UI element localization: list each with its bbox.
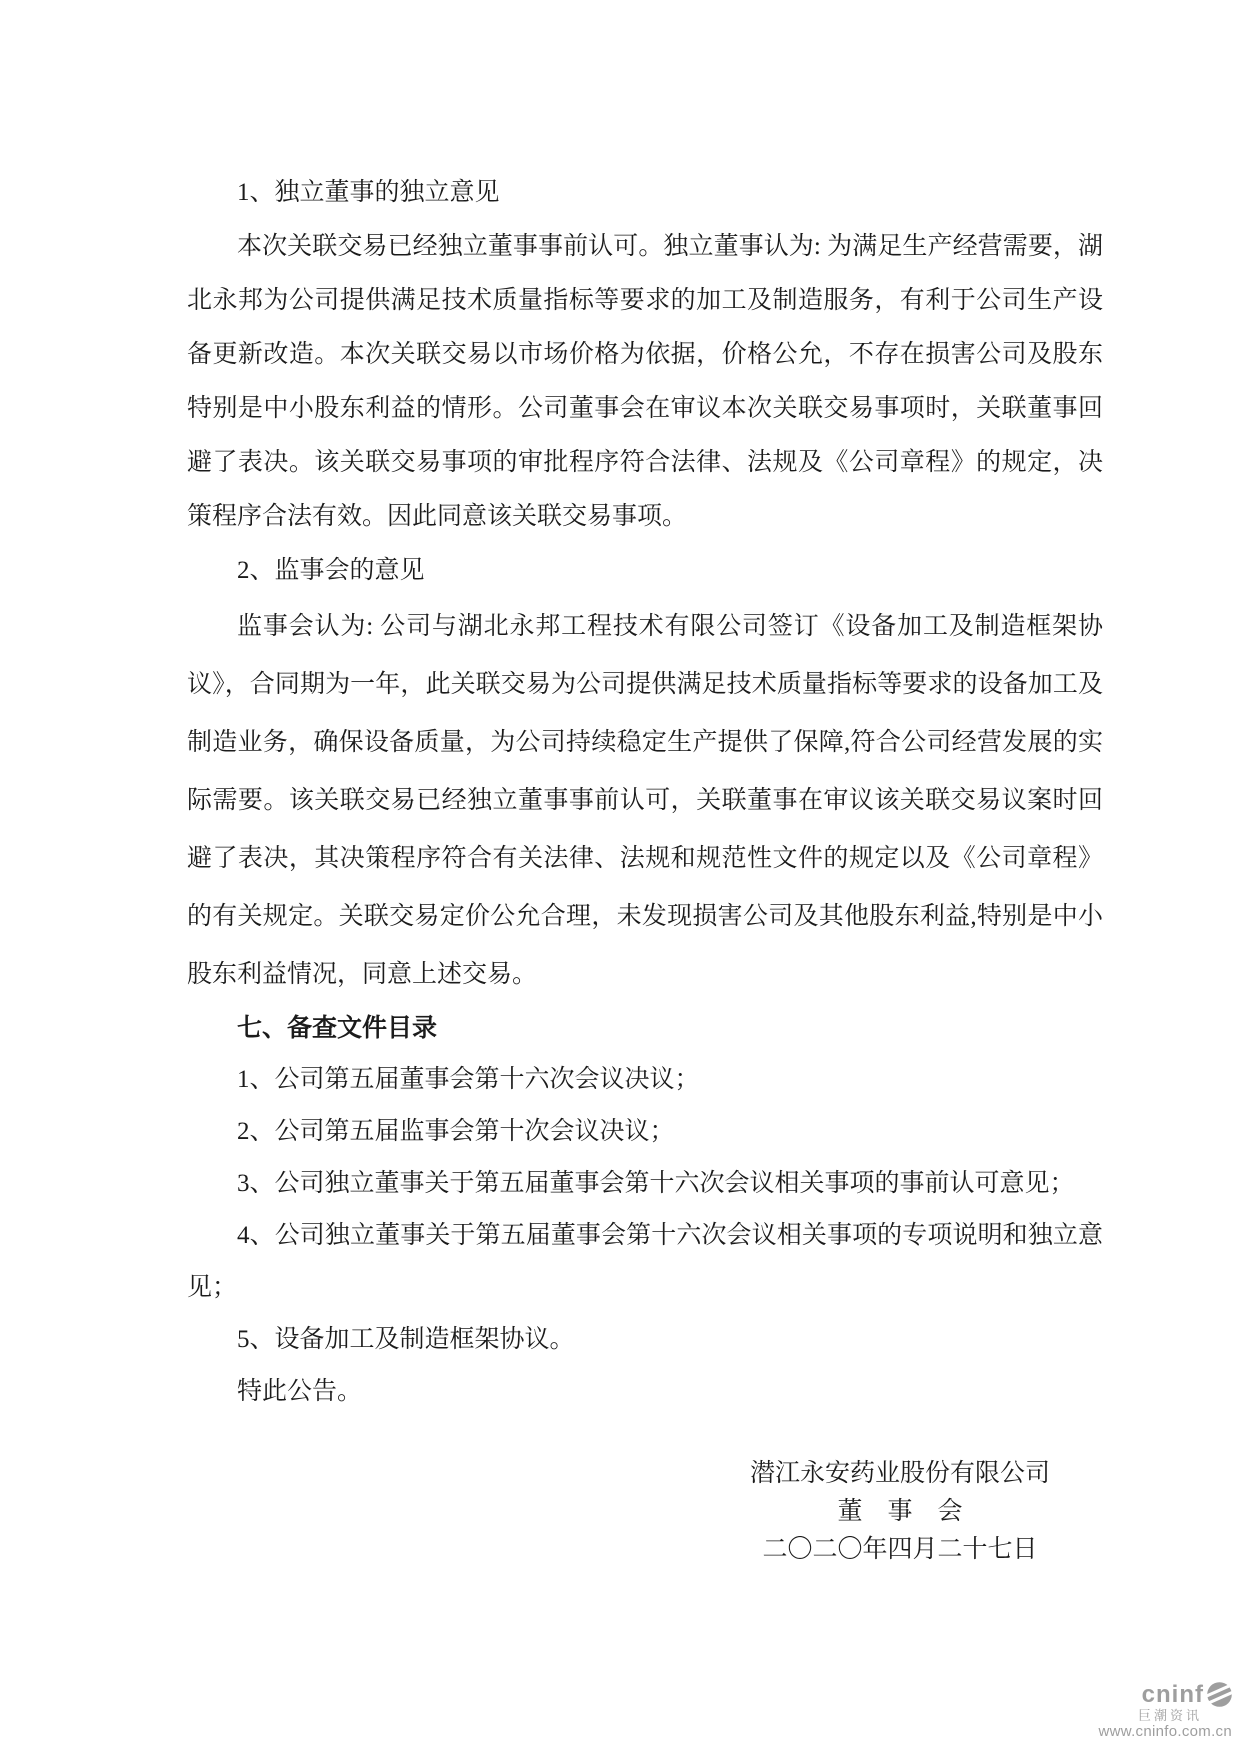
signature-date: 二〇二〇年四月二十七日 [750, 1531, 1050, 1569]
closing-statement: 特此公告。 [187, 1366, 1103, 1418]
paragraph-independent-directors-opinion: 本次关联交易已经独立董事事前认可。独立董事认为: 为满足生产经营需要，湖北永邦为… [187, 220, 1103, 544]
cninfo-swirl-icon [1207, 1682, 1232, 1707]
signature-block: 潜江永安药业股份有限公司 董 事 会 二〇二〇年四月二十七日 [750, 1455, 1050, 1569]
cninfo-logo-row: cninf [1099, 1682, 1232, 1707]
cninfo-watermark: cninf 巨潮资讯 www.cninfo.com.cn [1099, 1682, 1232, 1739]
cninfo-site-url: www.cninfo.com.cn [1099, 1724, 1232, 1739]
announcement-body: 1、独立董事的独立意见 本次关联交易已经独立董事事前认可。独立董事认为: 为满足… [187, 166, 1103, 1418]
cninfo-logo-text: cninf [1142, 1683, 1204, 1707]
section-heading-independent-directors-opinion: 1、独立董事的独立意见 [187, 166, 1103, 220]
reference-document-item-2: 2、公司第五届监事会第十次会议决议； [187, 1106, 1103, 1158]
reference-document-item-1: 1、公司第五届董事会第十六次会议决议； [187, 1054, 1103, 1106]
signature-board-of-directors: 董 事 会 [750, 1493, 1050, 1531]
cninfo-site-name-cn: 巨潮资讯 [1099, 1709, 1202, 1722]
paragraph-supervisory-board-opinion: 监事会认为: 公司与湖北永邦工程技术有限公司签订《设备加工及制造框架协议》，合同… [187, 598, 1103, 1004]
section-heading-supervisory-board-opinion: 2、监事会的意见 [187, 544, 1103, 598]
reference-document-item-3: 3、公司独立董事关于第五届董事会第十六次会议相关事项的事前认可意见； [187, 1158, 1103, 1210]
section-heading-reference-documents: 七、备查文件目录 [187, 1004, 1103, 1054]
reference-document-item-4: 4、公司独立董事关于第五届董事会第十六次会议相关事项的专项说明和独立意见； [187, 1210, 1103, 1314]
signature-company-name: 潜江永安药业股份有限公司 [750, 1455, 1050, 1493]
announcement-page: 1、独立董事的独立意见 本次关联交易已经独立董事事前认可。独立董事认为: 为满足… [0, 0, 1241, 1754]
reference-document-item-5: 5、设备加工及制造框架协议。 [187, 1314, 1103, 1366]
